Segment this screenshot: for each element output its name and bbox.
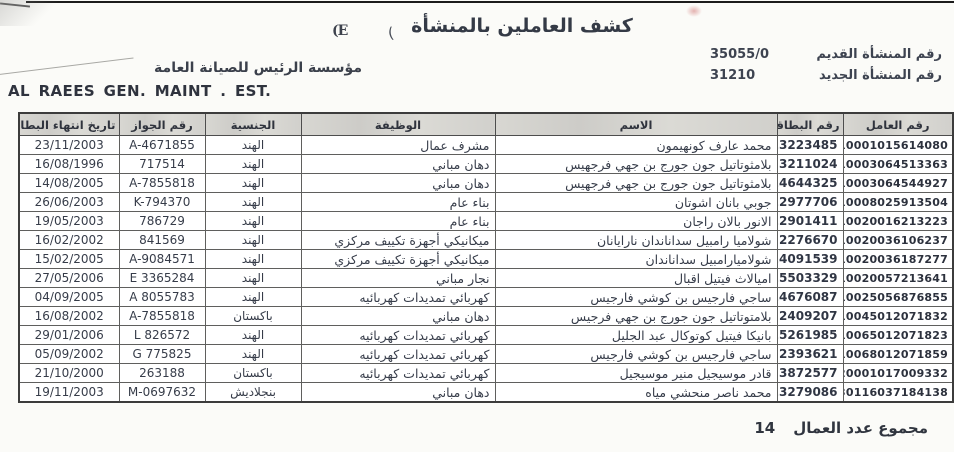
scan-corner-fold-line (0, 57, 134, 75)
cell-nationality: باكستان (205, 364, 301, 383)
company-name-arabic: مؤسسة الرئيس للصيانة العامة (154, 60, 362, 76)
header-nationality: الجنسية (205, 113, 301, 136)
old-establishment-row: رقم المنشأة القديم 35055/0 (710, 44, 942, 65)
cell-card-expiry: 27/05/2006 (19, 269, 119, 288)
table-body: 10001015614080 23223485 محمد عارف كونهيم… (19, 136, 953, 403)
cell-card-no: 23279086 (777, 383, 843, 403)
cell-passport-no: A-4671855 (119, 136, 205, 155)
cell-worker-no: 10025056876855 (843, 288, 953, 307)
new-establishment-value: 31210 (710, 68, 794, 83)
cell-name: ساجي فارجيس بن كوشي فارجيس (495, 345, 777, 364)
cell-passport-no: 841569 (119, 231, 205, 250)
cell-job: نجار مباني (301, 269, 495, 288)
cell-job: كهربائي تمديدات كهربائيه (301, 364, 495, 383)
cell-nationality: الهند (205, 193, 301, 212)
cell-name: بلامثوتاتيل جون جورج بن جهي فرجهيس (495, 155, 777, 174)
cell-card-no: 22901411 (777, 212, 843, 231)
cell-passport-no: 786729 (119, 212, 205, 231)
cell-job: ميكانيكي أجهزة تكييف مركزي (301, 231, 495, 250)
cell-worker-no: 10003064544927 (843, 174, 953, 193)
cell-name: ساجي فارجيس بن كوشي فارجيس (495, 288, 777, 307)
cell-passport-no: A-9084571 (119, 250, 205, 269)
cell-name: الانور بالان راجان (495, 212, 777, 231)
header-worker-no: رقم العامل (843, 113, 953, 136)
cell-card-no: 3872577 (777, 364, 843, 383)
cell-passport-no: K-794370 (119, 193, 205, 212)
cell-card-no: 3211024 (777, 155, 843, 174)
cell-job: كهربائي تمديدات كهربائيه (301, 288, 495, 307)
table-row: 10003064513363 3211024 بلامثوتاتيل جون ج… (19, 155, 953, 174)
cell-job: كهربائي تمديدات كهربائيه (301, 326, 495, 345)
cell-card-expiry: 21/10/2000 (19, 364, 119, 383)
red-ink-smudge (686, 5, 702, 17)
cell-nationality: الهند (205, 174, 301, 193)
cell-nationality: الهند (205, 136, 301, 155)
cell-card-expiry: 29/01/2006 (19, 326, 119, 345)
cell-job: دهان مباني (301, 155, 495, 174)
cell-name: شولاميارامبيل سداناندان (495, 250, 777, 269)
cell-card-expiry: 16/08/1996 (19, 155, 119, 174)
table-row: 10025056876855 24676087 ساجي فارجيس بن ك… (19, 288, 953, 307)
cell-card-no: 24676087 (777, 288, 843, 307)
cell-passport-no: 717514 (119, 155, 205, 174)
cell-passport-no: G 775825 (119, 345, 205, 364)
cell-job: مشرف عمال (301, 136, 495, 155)
cell-nationality: الهند (205, 345, 301, 364)
cell-name: شولاميا رامبيل سداناندان نارايانان (495, 231, 777, 250)
cell-passport-no: E 3365284 (119, 269, 205, 288)
cell-nationality: الهند (205, 269, 301, 288)
cell-card-expiry: 16/08/2002 (19, 307, 119, 326)
workers-table: رقم العامل رقم البطاقة الاسم الوظيفة الج… (18, 112, 954, 403)
cell-passport-no: L 826572 (119, 326, 205, 345)
cell-passport-no: A 8055783 (119, 288, 205, 307)
cell-job: دهان مباني (301, 383, 495, 403)
new-establishment-row: رقم المنشأة الجديد 31210 (710, 65, 942, 86)
cell-worker-no: 10001015614080 (843, 136, 953, 155)
cell-card-no: 2393621 (777, 345, 843, 364)
cell-name: بانيكا فيتيل كوتوكال عبد الجليل (495, 326, 777, 345)
new-establishment-label: رقم المنشأة الجديد (794, 68, 942, 83)
cell-job: دهان مباني (301, 307, 495, 326)
cell-worker-no: 10068012071859 (843, 345, 953, 364)
cell-card-no: 22977706 (777, 193, 843, 212)
cell-nationality: الهند (205, 231, 301, 250)
page-title: كشف العاملين بالمنشأة (408, 15, 636, 37)
cell-job: بناء عام (301, 212, 495, 231)
table-row: 10020036187277 24091539 شولاميارامبيل سد… (19, 250, 953, 269)
cell-card-expiry: 19/05/2003 (19, 212, 119, 231)
cell-job: ميكانيكي أجهزة تكييف مركزي (301, 250, 495, 269)
header-card-expiry: تاريخ انتهاء البطاقة (19, 113, 119, 136)
establishment-numbers: رقم المنشأة القديم 35055/0 رقم المنشأة ا… (710, 44, 942, 86)
cell-job: دهان مباني (301, 174, 495, 193)
cell-card-no: 25261985 (777, 326, 843, 345)
cell-name: بلامتوتاتيل جون جورج بن جهي فرجيس (495, 307, 777, 326)
cell-card-expiry: 15/02/2005 (19, 250, 119, 269)
cell-nationality: الهند (205, 288, 301, 307)
table-row: 10003064544927 24644325 بلامثوتاتيل جون … (19, 174, 953, 193)
company-name-english: AL RAEES GEN. MAINT . EST. (8, 82, 271, 100)
cell-worker-no: 10008025913504 (843, 193, 953, 212)
old-establishment-label: رقم المنشأة القديم (794, 47, 942, 62)
cell-nationality: الهند (205, 212, 301, 231)
cell-card-no: 25503329 (777, 269, 843, 288)
scan-edge-line (26, 1, 954, 3)
cell-card-no: 23223485 (777, 136, 843, 155)
table-row: 10001015614080 23223485 محمد عارف كونهيم… (19, 136, 953, 155)
cell-card-expiry: 14/08/2005 (19, 174, 119, 193)
header-job: الوظيفة (301, 113, 495, 136)
stamp-e-mark: (E (332, 23, 347, 39)
cell-worker-no: 10020016213223 (843, 212, 953, 231)
scanned-worker-list-document: { "page": { "title": "كشف العاملين بالمن… (0, 0, 954, 452)
cell-job: كهربائي تمديدات كهربائيه (301, 345, 495, 364)
cell-passport-no: M-0697632 (119, 383, 205, 403)
cell-nationality: الهند (205, 326, 301, 345)
cell-card-no: 2409207 (777, 307, 843, 326)
header-name: الاسم (495, 113, 777, 136)
table-row: 10020016213223 22901411 الانور بالان راج… (19, 212, 953, 231)
cell-nationality: باكستان (205, 307, 301, 326)
cell-name: محمد عارف كونهيمون (495, 136, 777, 155)
header-passport-no: رقم الجواز (119, 113, 205, 136)
cell-passport-no: A-7855818 (119, 307, 205, 326)
cell-card-expiry: 26/06/2003 (19, 193, 119, 212)
cell-name: قادر موسيجيل منير موسيجيل (495, 364, 777, 383)
workers-total: مجموع عدد العمال 14 (754, 419, 928, 437)
stamp-curl-mark: ( (387, 24, 395, 43)
cell-nationality: الهند (205, 250, 301, 269)
cell-name: محمد ناصر منحشي مياه (495, 383, 777, 403)
header-card-no: رقم البطاقة (777, 113, 843, 136)
cell-worker-no: 10020036106237 (843, 231, 953, 250)
cell-nationality: الهند (205, 155, 301, 174)
cell-worker-no: 10003064513363 (843, 155, 953, 174)
table-row: 30116037184138 23279086 محمد ناصر منحشي … (19, 383, 953, 403)
cell-job: بناء عام (301, 193, 495, 212)
cell-card-no: 2276670 (777, 231, 843, 250)
cell-card-expiry: 16/02/2002 (19, 231, 119, 250)
cell-worker-no: 10065012071823 (843, 326, 953, 345)
cell-worker-no: 30116037184138 (843, 383, 953, 403)
cell-worker-no: 10045012071832 (843, 307, 953, 326)
cell-nationality: بنجلاديش (205, 383, 301, 403)
cell-card-no: 24091539 (777, 250, 843, 269)
workers-total-value: 14 (754, 419, 775, 437)
cell-passport-no: A-7855818 (119, 174, 205, 193)
table-row: 10020036106237 2276670 شولاميا رامبيل سد… (19, 231, 953, 250)
cell-worker-no: 20001017009332 (843, 364, 953, 383)
cell-card-no: 24644325 (777, 174, 843, 193)
workers-total-label: مجموع عدد العمال (793, 419, 928, 437)
cell-card-expiry: 05/09/2002 (19, 345, 119, 364)
table-row: 10020057213641 25503329 اميالاث فيتيل اق… (19, 269, 953, 288)
cell-worker-no: 10020036187277 (843, 250, 953, 269)
old-establishment-value: 35055/0 (710, 47, 794, 62)
cell-card-expiry: 04/09/2005 (19, 288, 119, 307)
cell-card-expiry: 23/11/2003 (19, 136, 119, 155)
cell-card-expiry: 19/11/2003 (19, 383, 119, 403)
table-row: 10068012071859 2393621 ساجي فارجيس بن كو… (19, 345, 953, 364)
cell-worker-no: 10020057213641 (843, 269, 953, 288)
table-row: 10008025913504 22977706 جوبي بانان اشوتا… (19, 193, 953, 212)
cell-passport-no: 263188 (119, 364, 205, 383)
table-row: 10045012071832 2409207 بلامتوتاتيل جون ج… (19, 307, 953, 326)
table-row: 10065012071823 25261985 بانيكا فيتيل كوت… (19, 326, 953, 345)
cell-name: اميالاث فيتيل اقبال (495, 269, 777, 288)
cell-name: جوبي بانان اشوتان (495, 193, 777, 212)
cell-name: بلامثوتاتيل جون جورج بن جهي فرجهيس (495, 174, 777, 193)
table-header: رقم العامل رقم البطاقة الاسم الوظيفة الج… (19, 113, 953, 136)
table-row: 20001017009332 3872577 قادر موسيجيل منير… (19, 364, 953, 383)
scan-gray-patch (0, 0, 60, 26)
